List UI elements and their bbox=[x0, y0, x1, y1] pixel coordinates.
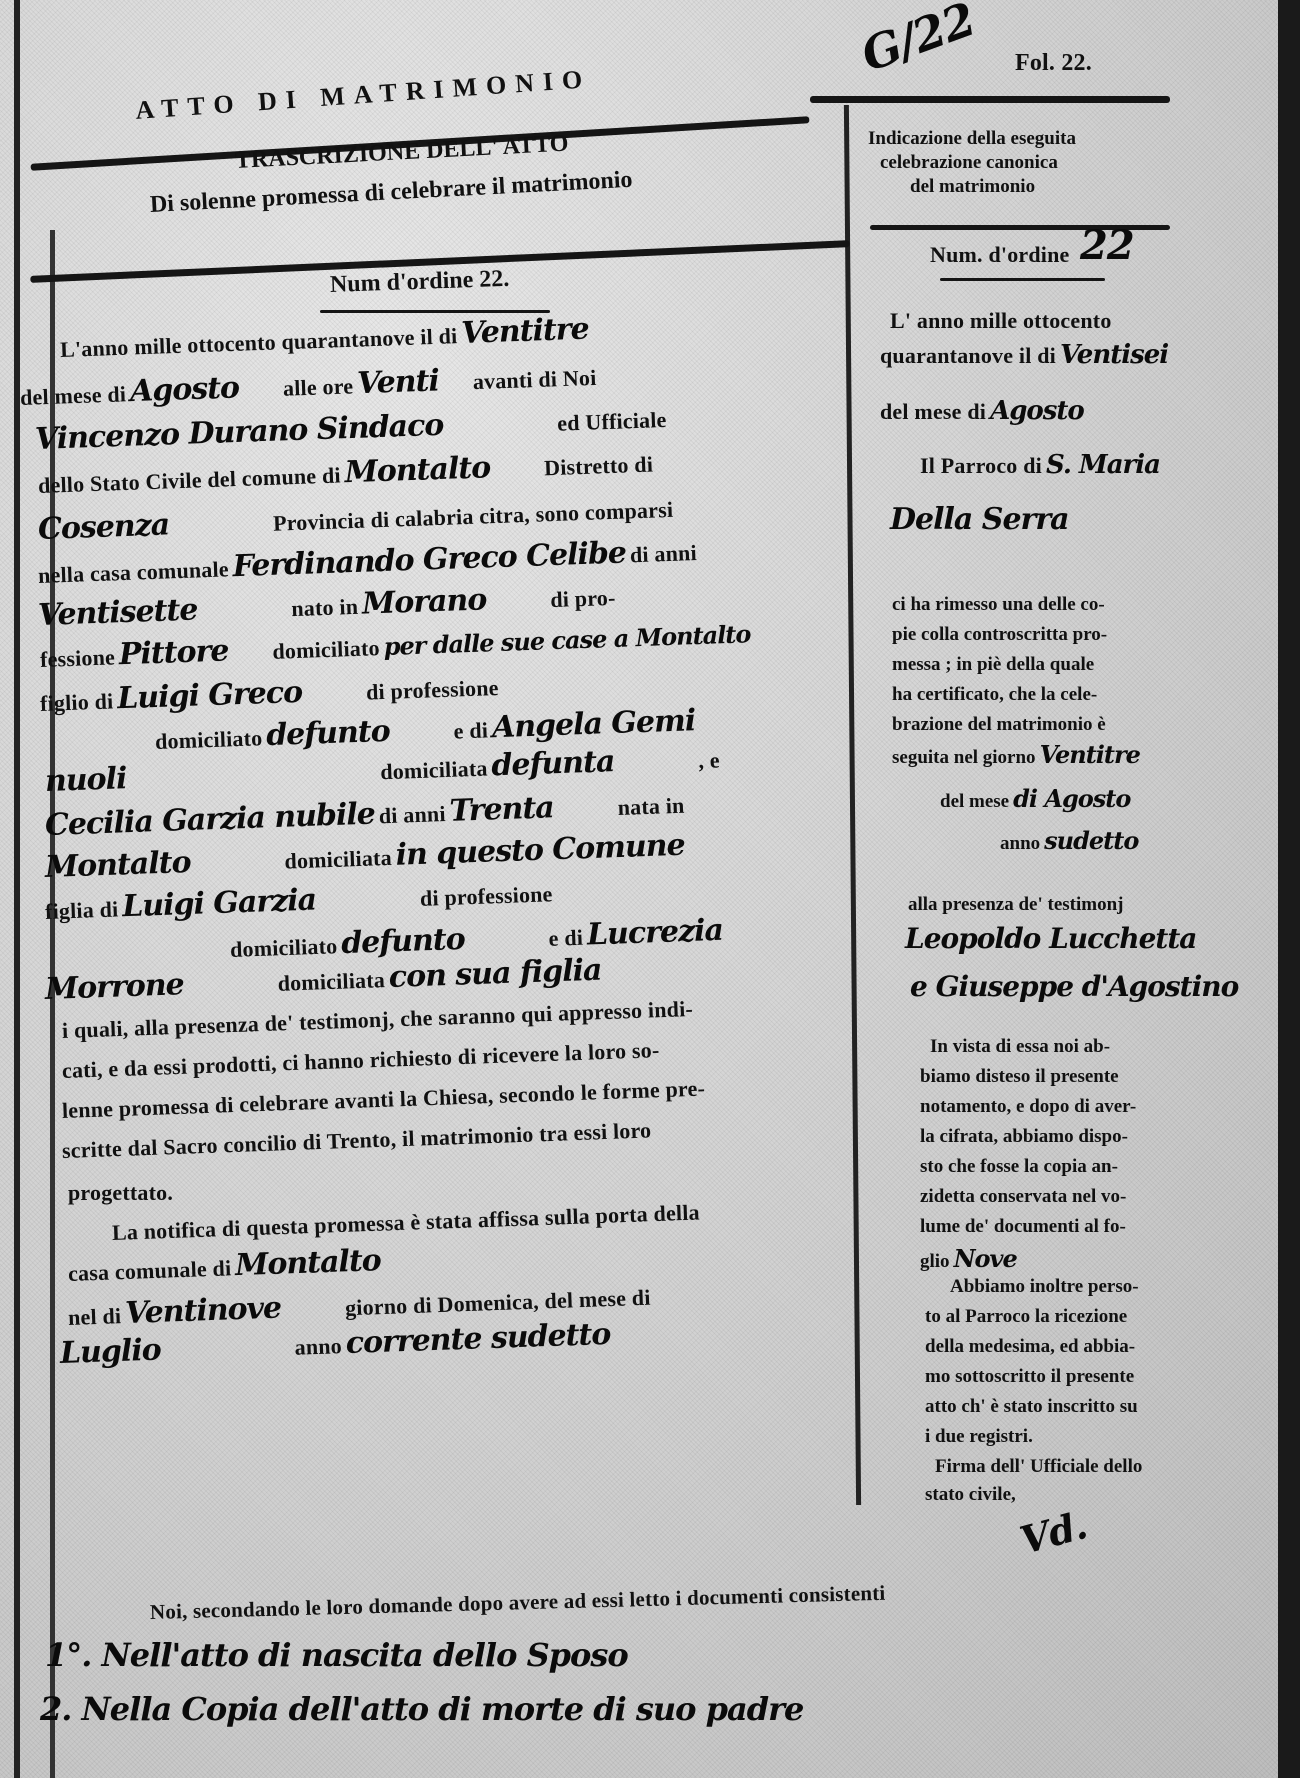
celebration-month: di Agosto bbox=[1013, 784, 1130, 813]
groom-profession: Pittore bbox=[118, 633, 229, 672]
right-order-underline bbox=[940, 278, 1105, 281]
line-1: L'anno mille ottocento quarantanove il d… bbox=[59, 312, 589, 365]
celebration-year: sudetto bbox=[1044, 826, 1138, 855]
left-order-number: Num d'ordine 22. bbox=[330, 266, 510, 299]
bride-birthplace: Montalto bbox=[44, 845, 191, 885]
left-subheading: Di solenne promessa di celebrare il matr… bbox=[149, 167, 633, 219]
folio-label: Fol. 22. bbox=[1015, 50, 1092, 77]
notice-comune: Montalto bbox=[235, 1243, 382, 1283]
order-underline bbox=[320, 310, 550, 313]
bottom-statement: Noi, secondando le loro domande dopo ave… bbox=[150, 1581, 886, 1625]
document-title: ATTO DI MATRIMONIO bbox=[135, 64, 593, 126]
month-value: Agosto bbox=[129, 370, 239, 409]
hour-value: Venti bbox=[357, 363, 440, 401]
bride-name: Cecilia Garzia nubile bbox=[44, 796, 375, 842]
right-order-value: 22 bbox=[1080, 222, 1134, 269]
parish-name: S. Maria bbox=[1046, 450, 1160, 480]
bride-age: Trenta bbox=[449, 790, 554, 829]
document-item-2: 2. Nella Copia dell'atto di morte di suo… bbox=[40, 1690, 803, 1728]
notice-day: Ventinove bbox=[125, 1291, 282, 1331]
bride-father: Luigi Garzia bbox=[122, 883, 317, 925]
bride-mother-surname: Morrone bbox=[44, 967, 184, 1007]
witness-2: e Giuseppe d'Agostino bbox=[910, 970, 1238, 1003]
officer-name: Vincenzo Durano Sindaco bbox=[34, 408, 443, 457]
groom-birthplace: Morano bbox=[361, 582, 486, 621]
folio-handwritten: G/22 bbox=[854, 0, 982, 82]
document-item-1: 1°. Nell'atto di nascita dello Sposo bbox=[45, 1636, 628, 1674]
celebration-day: Ventitre bbox=[1040, 740, 1140, 769]
day-value: Ventitre bbox=[461, 312, 590, 351]
notice-month: Luglio bbox=[59, 1332, 161, 1370]
column-divider bbox=[844, 105, 861, 1505]
groom-mother: Angela Gemi bbox=[491, 703, 695, 745]
officer-signature: Vd. bbox=[1015, 1502, 1091, 1563]
document-page: ATTO DI MATRIMONIO G/22 Fol. 22. TRASCRI… bbox=[0, 0, 1300, 1778]
ceremony-day: Ventisei bbox=[1060, 340, 1168, 370]
groom-residence: per dalle sue case a Montalto bbox=[383, 619, 751, 661]
groom-age: Ventisette bbox=[37, 592, 198, 633]
right-heading-line1: Indicazione della eseguita bbox=[868, 128, 1076, 150]
bride-mother: Lucrezia bbox=[586, 913, 723, 953]
page-edge bbox=[1278, 0, 1300, 1778]
district-value: Cosenza bbox=[37, 507, 169, 547]
right-heading-line2: celebrazione canonica bbox=[880, 152, 1058, 174]
comune-value: Montalto bbox=[344, 450, 491, 490]
groom-name: Ferdinando Greco Celibe bbox=[232, 535, 626, 584]
parish-name-2: Della Serra bbox=[890, 502, 1069, 537]
folio-number: Nove bbox=[954, 1244, 1017, 1273]
binding-edge bbox=[14, 0, 20, 1778]
ceremony-month: Agosto bbox=[990, 396, 1084, 426]
groom-father-status: defunto bbox=[266, 714, 391, 753]
left-heading: TRASCRIZIONE DELL' ATTO bbox=[234, 131, 569, 175]
groom-mother-status: defunta bbox=[491, 744, 615, 783]
witness-1: Leopoldo Lucchetta bbox=[905, 922, 1196, 955]
bride-father-status: defunto bbox=[341, 922, 466, 961]
bride-residence: in questo Comune bbox=[395, 828, 685, 873]
header-rule-top-right bbox=[810, 96, 1170, 103]
notice-year: corrente sudetto bbox=[345, 1317, 611, 1361]
line-9: figlio di Luigi Greco di professione bbox=[39, 668, 499, 719]
groom-father: Luigi Greco bbox=[117, 675, 303, 716]
bride-mother-residence: con sua figlia bbox=[388, 953, 602, 995]
right-order-label: Num. d'ordine bbox=[930, 242, 1070, 268]
right-heading-line3: del matrimonio bbox=[910, 176, 1035, 198]
